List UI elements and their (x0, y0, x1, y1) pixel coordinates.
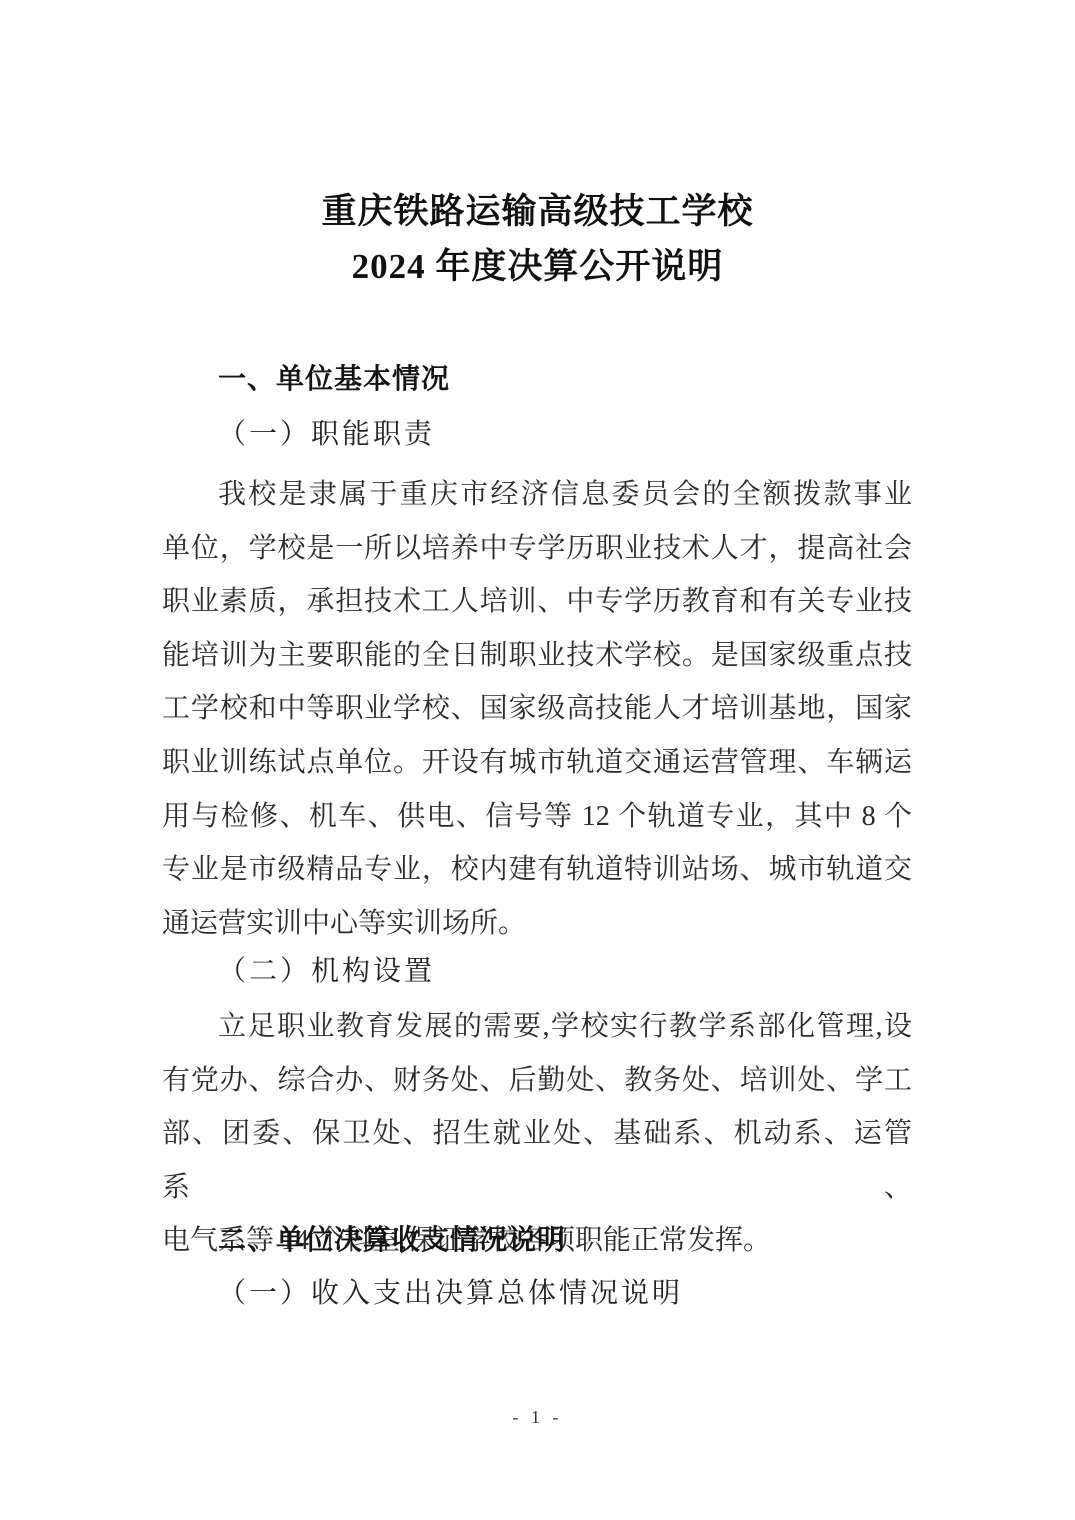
subsection-heading-1-1: （一）职能职责 (162, 408, 912, 461)
document-page: 重庆铁路运输高级技工学校 2024 年度决算公开说明 一、单位基本情况 （一）职… (0, 0, 1075, 1520)
document-title: 重庆铁路运输高级技工学校 2024 年度决算公开说明 (0, 184, 1075, 294)
paragraph-line: 职业训练试点单位。开设有城市轨道交通运营管理、车辆运 (162, 736, 912, 790)
paragraph-line: 用与检修、机车、供电、信号等 12 个轨道专业，其中 8 个 (162, 790, 912, 844)
document-title-line1: 重庆铁路运输高级技工学校 (0, 184, 1075, 239)
section-heading-2: 二、单位决算收支情况说明 (162, 1213, 912, 1266)
paragraph-functions: 我校是隶属于重庆市经济信息委员会的全额拨款事业 单位，学校是一所以培养中专学历职… (162, 468, 912, 950)
paragraph-line: 工学校和中等职业学校、国家级高技能人才培训基地，国家 (162, 682, 912, 736)
paragraph-line: 有党办、综合办、财务处、后勤处、教务处、培训处、学工 (162, 1054, 912, 1108)
paragraph-line: 通运营实训中心等实训场所。 (162, 897, 912, 951)
paragraph-line: 部、团委、保卫处、招生就业处、基础系、机动系、运管系、 (162, 1107, 912, 1214)
paragraph-line: 我校是隶属于重庆市经济信息委员会的全额拨款事业 (162, 468, 912, 522)
document-title-line2: 2024 年度决算公开说明 (0, 239, 1075, 294)
subsection-heading-2-1: （一）收入支出决算总体情况说明 (162, 1267, 912, 1320)
paragraph-line: 立足职业教育发展的需要,学校实行教学系部化管理,设 (162, 1000, 912, 1054)
page-number: - 1 - (0, 1405, 1075, 1429)
paragraph-line: 职业素质，承担技术工人培训、中专学历教育和有关专业技 (162, 575, 912, 629)
paragraph-line: 专业是市级精品专业，校内建有轨道特训站场、城市轨道交 (162, 843, 912, 897)
paragraph-line: 单位，学校是一所以培养中专学历职业技术人才，提高社会 (162, 522, 912, 576)
section-heading-1: 一、单位基本情况 (162, 352, 912, 405)
paragraph-line: 能培训为主要职能的全日制职业技术学校。是国家级重点技 (162, 629, 912, 683)
subsection-heading-1-2: （二）机构设置 (162, 945, 912, 998)
